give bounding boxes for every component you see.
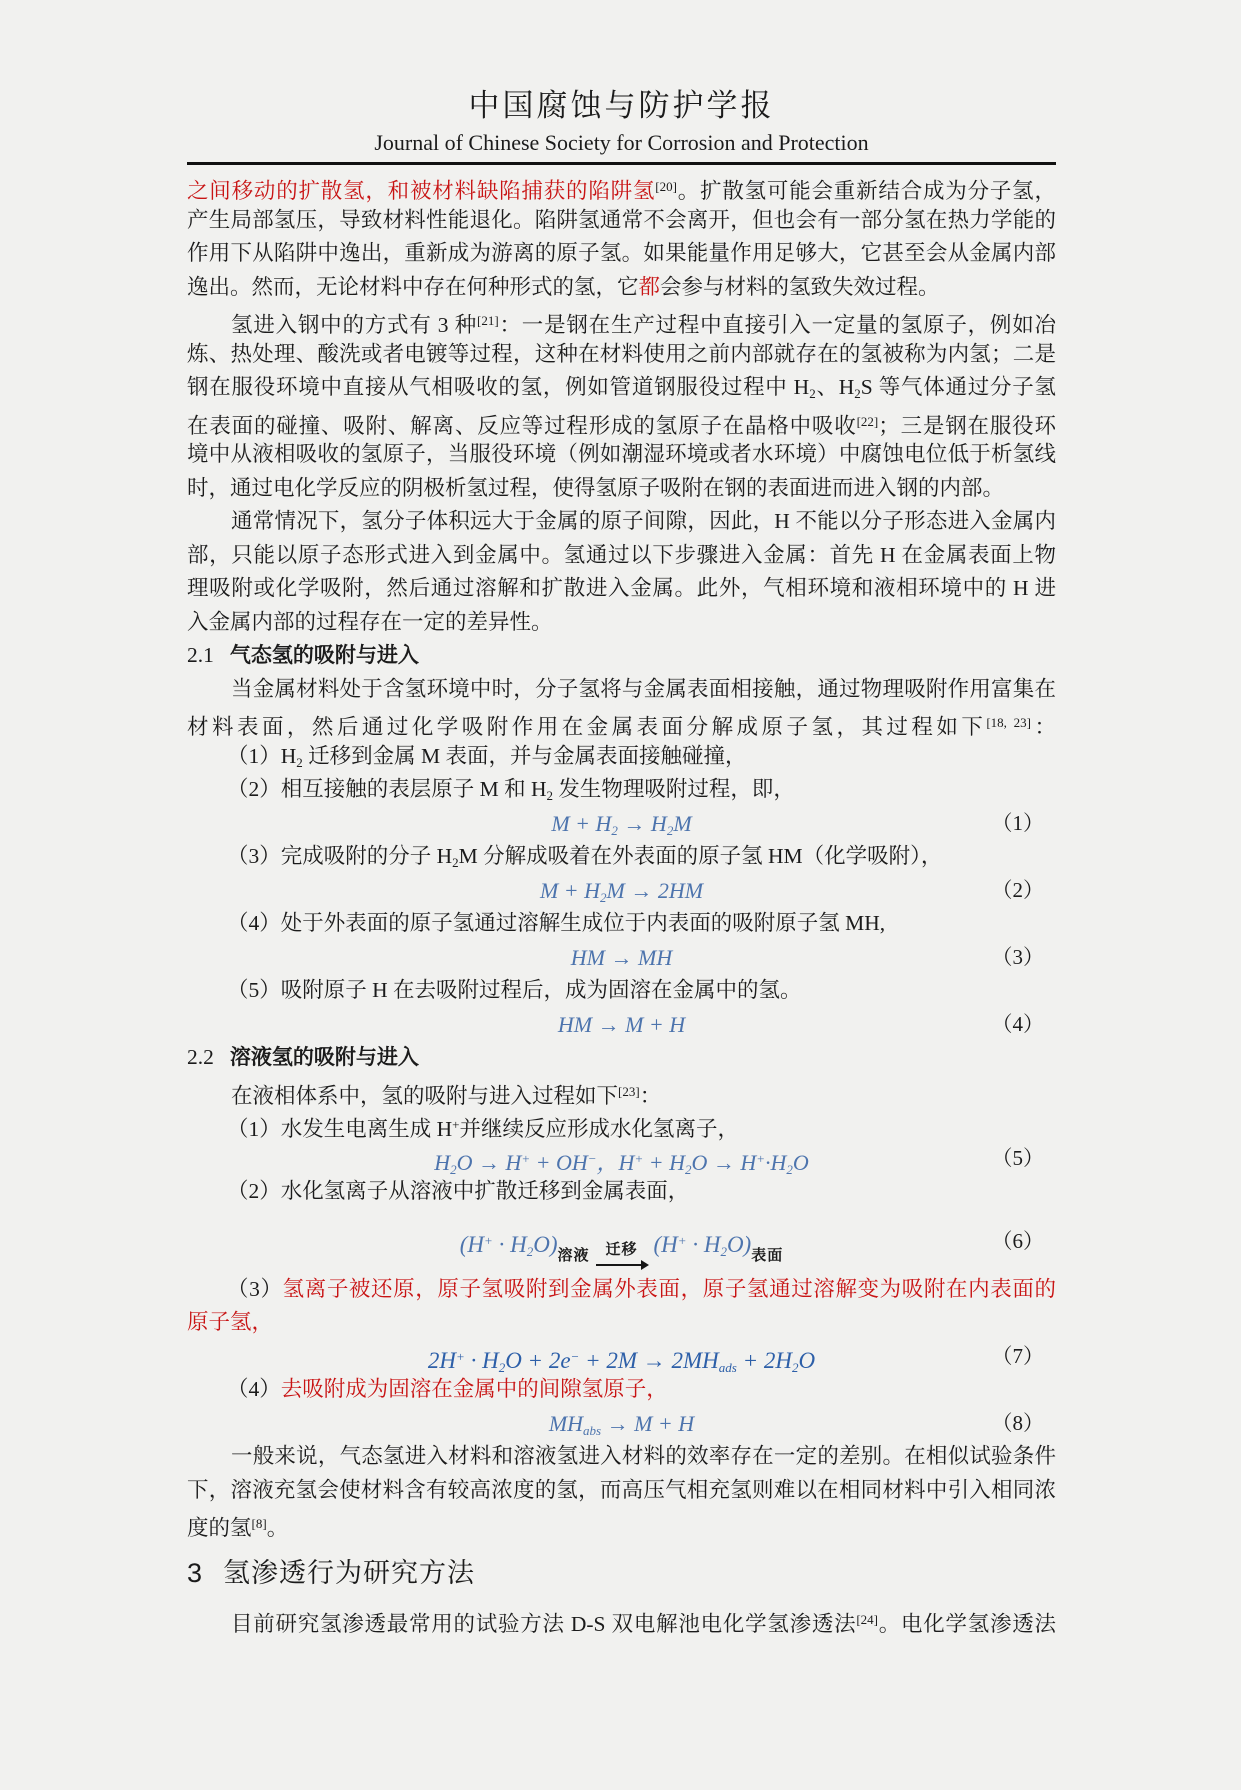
heading-number: 2.2 bbox=[187, 1045, 214, 1069]
citation-superscript: + bbox=[634, 1151, 643, 1166]
citation-superscript: [23] bbox=[618, 1084, 640, 1099]
equation-row: (H+ · H2O)溶液迁移(H+ · H2O)表面（6） bbox=[187, 1209, 1056, 1273]
citation-superscript: [20] bbox=[655, 179, 677, 194]
equation-number: （2） bbox=[992, 874, 1045, 908]
text-segment: S 等气体通过分子氢 bbox=[861, 375, 1056, 399]
subscript: ads bbox=[719, 1360, 737, 1375]
highlighted-text: 原子氢， bbox=[187, 1310, 273, 1334]
text-segment: ，H bbox=[597, 1150, 635, 1175]
section-heading: 2.2溶液氢的吸附与进入 bbox=[187, 1041, 1056, 1075]
text-segment: 目前研究氢渗透最常用的试验方法 D-S 双电解池电化学氢渗透法 bbox=[231, 1612, 856, 1636]
heading-number: 2.1 bbox=[187, 643, 214, 667]
text-segment: ·H bbox=[765, 1150, 786, 1175]
paragraph-line: 境中从液相吸收的氢原子，当服役环境（例如潮湿环境或者水环境）中腐蚀电位低于析氢线 bbox=[187, 438, 1056, 472]
citation-superscript: − bbox=[571, 1349, 580, 1364]
paragraph-line: 作用下从陷阱中逸出，重新成为游离的原子氢。如果能量作用足够大，它甚至会从金属内部 bbox=[187, 237, 1056, 271]
citation-superscript: + bbox=[452, 1117, 459, 1132]
equation: H2O → H+ + OH−，H+ + H2O → H+·H2O bbox=[187, 1142, 1056, 1187]
text-segment: O bbox=[798, 1348, 815, 1373]
page-sheet: 中国腐蚀与防护学报 Journal of Chinese Society for… bbox=[0, 0, 1241, 1790]
text-segment: 氢渗透行为研究方法 bbox=[223, 1558, 475, 1588]
paragraph-line: 逸出。然而，无论材料中存在何种形式的氢，它都会参与材料的氢致失效过程。 bbox=[187, 271, 1056, 305]
equation-number: （4） bbox=[992, 1008, 1045, 1042]
highlighted-text: 都 bbox=[639, 275, 661, 299]
equation: 2H+ · H2O + 2e− + 2M → 2MHads + 2H2O bbox=[187, 1340, 1056, 1385]
equation: M + H2M → 2HM bbox=[187, 874, 1056, 915]
text-segment: 度的氢 bbox=[187, 1516, 252, 1540]
text-segment: M 分解成吸着在外表面的原子氢 HM（化学吸附）， bbox=[459, 844, 943, 868]
text-segment: O) bbox=[727, 1232, 751, 1257]
citation-superscript: [22] bbox=[857, 414, 879, 429]
equation-row: 2H+ · H2O + 2e− + 2M → 2MHads + 2H2O（7） bbox=[187, 1340, 1056, 1374]
text-segment: MH bbox=[549, 1411, 583, 1436]
equation: MHabs → M + H bbox=[187, 1407, 1056, 1448]
citation-superscript: [18, 23] bbox=[986, 715, 1031, 730]
text-segment: (H bbox=[460, 1232, 484, 1257]
text-segment: ： bbox=[1031, 715, 1056, 739]
equation-number: （6） bbox=[992, 1209, 1045, 1273]
over-arrow: 迁移 bbox=[596, 1242, 648, 1270]
text-segment: ；三是钢在服役环 bbox=[878, 414, 1056, 438]
text-segment: 境中从液相吸收的氢原子，当服役环境（例如潮湿环境或者水环境）中腐蚀电位低于析氢线 bbox=[187, 442, 1056, 466]
text-segment: + 2H bbox=[737, 1348, 792, 1373]
text-segment: 并继续反应形成水化氢离子， bbox=[460, 1117, 740, 1141]
paragraph-line: 下，溶液充氢会使材料含有较高浓度的氢，而高压气相充氢则难以在相同材料中引入相同浓 bbox=[187, 1474, 1056, 1508]
text-segment: （2）相互接触的表层原子 M 和 H bbox=[227, 777, 547, 801]
heading-number: 3 bbox=[187, 1558, 203, 1588]
equation: (H+ · H2O)溶液迁移(H+ · H2O)表面 bbox=[187, 1209, 1056, 1288]
text-segment: 钢在服役环境中直接从气相吸收的氢，例如管道钢服役过程中 H bbox=[187, 375, 809, 399]
paragraph-line: 目前研究氢渗透最常用的试验方法 D-S 双电解池电化学氢渗透法[24]。电化学氢… bbox=[187, 1603, 1056, 1637]
paragraph-line: 通常情况下，氢分子体积远大于金属的原子间隙，因此，H 不能以分子形态进入金属内 bbox=[187, 505, 1056, 539]
text-segment: 通常情况下，氢分子体积远大于金属的原子间隙，因此，H 不能以分子形态进入金属内 bbox=[231, 509, 1056, 533]
text-segment: M bbox=[673, 811, 691, 836]
paragraph-line: （2）相互接触的表层原子 M 和 H2 发生物理吸附过程，即， bbox=[187, 773, 1056, 807]
paragraph-line: 炼、热处理、酸洗或者电镀等过程，这种在材料使用之前内部就存在的氢被称为内氢；二是 bbox=[187, 338, 1056, 372]
highlighted-text: 之间移动的扩散氢，和被材料缺陷捕获的陷阱氢 bbox=[187, 179, 655, 203]
paragraph-line: 入金属内部的过程存在一定的差异性。 bbox=[187, 606, 1056, 640]
paragraph-line: 之间移动的扩散氢，和被材料缺陷捕获的陷阱氢[20]。扩散氢可能会重新结合成为分子… bbox=[187, 170, 1056, 204]
text-segment: 材料表面，然后通过化学吸附作用在金属表面分解成原子氢，其过程如下 bbox=[187, 715, 986, 739]
citation-superscript: + bbox=[521, 1151, 530, 1166]
equation: M + H2 → H2M bbox=[187, 807, 1056, 848]
chapter-heading: 3氢渗透行为研究方法 bbox=[187, 1556, 1056, 1590]
equation-row: HM → MH（3） bbox=[187, 941, 1056, 975]
citation-superscript: + bbox=[456, 1349, 465, 1364]
state-subscript: 溶液 bbox=[557, 1247, 589, 1264]
journal-title-en: Journal of Chinese Society for Corrosion… bbox=[187, 129, 1056, 156]
text-segment: + H bbox=[643, 1150, 685, 1175]
text-segment: 逸出。然而，无论材料中存在何种形式的氢，它 bbox=[187, 275, 639, 299]
arrow-label: 迁移 bbox=[605, 1242, 637, 1257]
paragraph-line: 产生局部氢压，导致材料性能退化。陷阱氢通常不会离开，但也会有一部分氢在热力学能的 bbox=[187, 204, 1056, 238]
text-segment: （1）H bbox=[227, 744, 296, 768]
text-segment: O bbox=[793, 1150, 809, 1175]
equation-number: （3） bbox=[992, 941, 1045, 975]
heading-label: 气态氢的吸附与进入 bbox=[230, 644, 419, 667]
journal-title-cn: 中国腐蚀与防护学报 bbox=[187, 86, 1056, 126]
text-segment: · H bbox=[493, 1232, 527, 1257]
text-segment: 当金属材料处于含氢环境中时，分子氢将与金属表面相接触，通过物理吸附作用富集在 bbox=[231, 677, 1056, 701]
text-segment: 迁移到金属 M 表面，并与金属表面接触碰撞， bbox=[303, 744, 747, 768]
text-segment: 2H bbox=[428, 1348, 456, 1373]
paragraph-line: （1）水发生电离生成 H+并继续反应形成水化氢离子， bbox=[187, 1108, 1056, 1142]
text-segment: 会参与材料的氢致失效过程。 bbox=[660, 275, 940, 299]
text-segment: 在表面的碰撞、吸附、解离、反应等过程形成的氢原子在晶格中吸收 bbox=[187, 414, 857, 438]
equation-row: H2O → H+ + OH−，H+ + H2O → H+·H2O（5） bbox=[187, 1142, 1056, 1176]
text-segment: 发生物理吸附过程，即， bbox=[553, 777, 795, 801]
equation-number: （8） bbox=[992, 1407, 1045, 1441]
text-segment: （3）完成吸附的分子 H bbox=[227, 844, 452, 868]
citation-superscript: + bbox=[678, 1233, 687, 1248]
document-page: { "colors":{"red":"#c81414","blue":"#4d7… bbox=[0, 0, 1241, 1790]
paragraph-line: 度的氢[8]。 bbox=[187, 1507, 1056, 1541]
text-segment: ： bbox=[640, 1084, 662, 1108]
text-segment: O → H bbox=[457, 1150, 522, 1175]
text-segment: → H bbox=[618, 811, 667, 836]
text-segment: 、H bbox=[816, 375, 855, 399]
paragraph-line: （5）吸附原子 H 在去吸附过程后，成为固溶在金属中的氢。 bbox=[187, 974, 1056, 1008]
equation-number: （5） bbox=[992, 1142, 1045, 1176]
paragraph-line: 材料表面，然后通过化学吸附作用在金属表面分解成原子氢，其过程如下[18, 23]… bbox=[187, 706, 1056, 740]
text-segment: 理吸附或化学吸附，然后通过溶解和扩散进入金属。此外，气相环境和液相环境中的 H … bbox=[187, 576, 1056, 600]
equation-row: M + H2M → 2HM（2） bbox=[187, 874, 1056, 908]
text-segment: + OH bbox=[530, 1150, 588, 1175]
citation-superscript: − bbox=[588, 1151, 597, 1166]
paragraph-line: 在表面的碰撞、吸附、解离、反应等过程形成的氢原子在晶格中吸收[22]；三是钢在服… bbox=[187, 405, 1056, 439]
section-heading: 2.1气态氢的吸附与进入 bbox=[187, 639, 1056, 673]
paragraph-line: 原子氢， bbox=[187, 1306, 1056, 1340]
text-segment: 一般来说，气态氢进入材料和溶液氢进入材料的效率存在一定的差别。在相似试验条件 bbox=[231, 1444, 1056, 1468]
text-segment: 时，通过电化学反应的阴极析氢过程，使得氢原子吸附在钢的表面进而进入钢的内部。 bbox=[187, 476, 1004, 500]
text-segment: HM → M + H bbox=[558, 1012, 685, 1037]
text-segment: (H bbox=[654, 1232, 678, 1257]
text-segment: HM → MH bbox=[571, 945, 672, 970]
text-segment: M + H bbox=[540, 878, 600, 903]
text-segment: → M + H bbox=[601, 1411, 694, 1436]
text-segment: ：一是钢在生产过程中直接引入一定量的氢原子，例如冶 bbox=[499, 313, 1056, 337]
citation-superscript: + bbox=[756, 1151, 765, 1166]
text-segment: · H bbox=[465, 1348, 499, 1373]
text-segment: · H bbox=[687, 1232, 721, 1257]
text-segment: 下，溶液充氢会使材料含有较高浓度的氢，而高压气相充氢则难以在相同材料中引入相同浓 bbox=[187, 1478, 1056, 1502]
text-segment: 部，只能以原子态形式进入到金属中。氢通过以下步骤进入金属：首先 H 在金属表面上… bbox=[187, 543, 1056, 567]
text-segment: O + 2e bbox=[505, 1348, 570, 1373]
equation-number: （7） bbox=[992, 1340, 1045, 1374]
text-segment: （5）吸附原子 H 在去吸附过程后，成为固溶在金属中的氢。 bbox=[227, 978, 802, 1002]
equation: HM → MH bbox=[187, 941, 1056, 975]
paragraph-line: （1）H2 迁移到金属 M 表面，并与金属表面接触碰撞， bbox=[187, 740, 1056, 774]
state-subscript: 表面 bbox=[751, 1247, 783, 1264]
heading-label: 溶液氢的吸附与进入 bbox=[230, 1046, 419, 1069]
paragraph-line: 部，只能以原子态形式进入到金属中。氢通过以下步骤进入金属：首先 H 在金属表面上… bbox=[187, 539, 1056, 573]
text-segment: 。扩散氢可能会重新结合成为分子氢， bbox=[677, 179, 1056, 203]
text-segment: M + H bbox=[551, 811, 611, 836]
paragraph-line: 在液相体系中，氢的吸附与进入过程如下[23]： bbox=[187, 1075, 1056, 1109]
text-segment: 氢进入钢中的方式有 3 种 bbox=[231, 313, 477, 337]
paragraph-line: 当金属材料处于含氢环境中时，分子氢将与金属表面相接触，通过物理吸附作用富集在 bbox=[187, 673, 1056, 707]
paragraph-line: 理吸附或化学吸附，然后通过溶解和扩散进入金属。此外，气相环境和液相环境中的 H … bbox=[187, 572, 1056, 606]
text-segment: 。电化学氢渗透法 bbox=[878, 1612, 1056, 1636]
paragraph-line: 时，通过电化学反应的阴极析氢过程，使得氢原子吸附在钢的表面进而进入钢的内部。 bbox=[187, 472, 1056, 506]
equation: HM → M + H bbox=[187, 1008, 1056, 1042]
equation-number: （1） bbox=[992, 807, 1045, 841]
text-segment: （4）处于外表面的原子氢通过溶解生成位于内表面的吸附原子氢 MH, bbox=[227, 911, 885, 935]
right-arrow-icon bbox=[596, 1260, 648, 1270]
text-segment: 。 bbox=[267, 1516, 289, 1540]
text-segment: 炼、热处理、酸洗或者电镀等过程，这种在材料使用之前内部就存在的氢被称为内氢；二是 bbox=[187, 342, 1056, 366]
equation-row: HM → M + H（4） bbox=[187, 1008, 1056, 1042]
citation-superscript: + bbox=[484, 1233, 493, 1248]
text-segment: M → 2HM bbox=[607, 878, 704, 903]
text-segment: H bbox=[434, 1150, 450, 1175]
text-segment: + 2M → 2MH bbox=[579, 1348, 718, 1373]
citation-superscript: [24] bbox=[856, 1612, 878, 1627]
subscript: abs bbox=[583, 1423, 601, 1438]
equation-row: MHabs → M + H（8） bbox=[187, 1407, 1056, 1441]
text-segment: （1）水发生电离生成 H bbox=[227, 1117, 452, 1141]
text-segment: 入金属内部的过程存在一定的差异性。 bbox=[187, 610, 553, 634]
paragraph-line: 氢进入钢中的方式有 3 种[21]：一是钢在生产过程中直接引入一定量的氢原子，例… bbox=[187, 304, 1056, 338]
equation-row: M + H2 → H2M（1） bbox=[187, 807, 1056, 841]
text-segment: 作用下从陷阱中逸出，重新成为游离的原子氢。如果能量作用足够大，它甚至会从金属内部 bbox=[187, 241, 1056, 265]
article-body: 之间移动的扩散氢，和被材料缺陷捕获的陷阱氢[20]。扩散氢可能会重新结合成为分子… bbox=[187, 165, 1056, 1636]
text-segment: 在液相体系中，氢的吸附与进入过程如下 bbox=[231, 1084, 618, 1108]
paragraph-line: 钢在服役环境中直接从气相吸收的氢，例如管道钢服役过程中 H2、H2S 等气体通过… bbox=[187, 371, 1056, 405]
text-segment: 产生局部氢压，导致材料性能退化。陷阱氢通常不会离开，但也会有一部分氢在热力学能的 bbox=[187, 208, 1056, 232]
citation-superscript: [21] bbox=[477, 313, 499, 328]
text-segment: O → H bbox=[691, 1150, 756, 1175]
journal-header: 中国腐蚀与防护学报 Journal of Chinese Society for… bbox=[187, 0, 1056, 165]
text-segment: O) bbox=[533, 1232, 557, 1257]
citation-superscript: [8] bbox=[252, 1516, 267, 1531]
